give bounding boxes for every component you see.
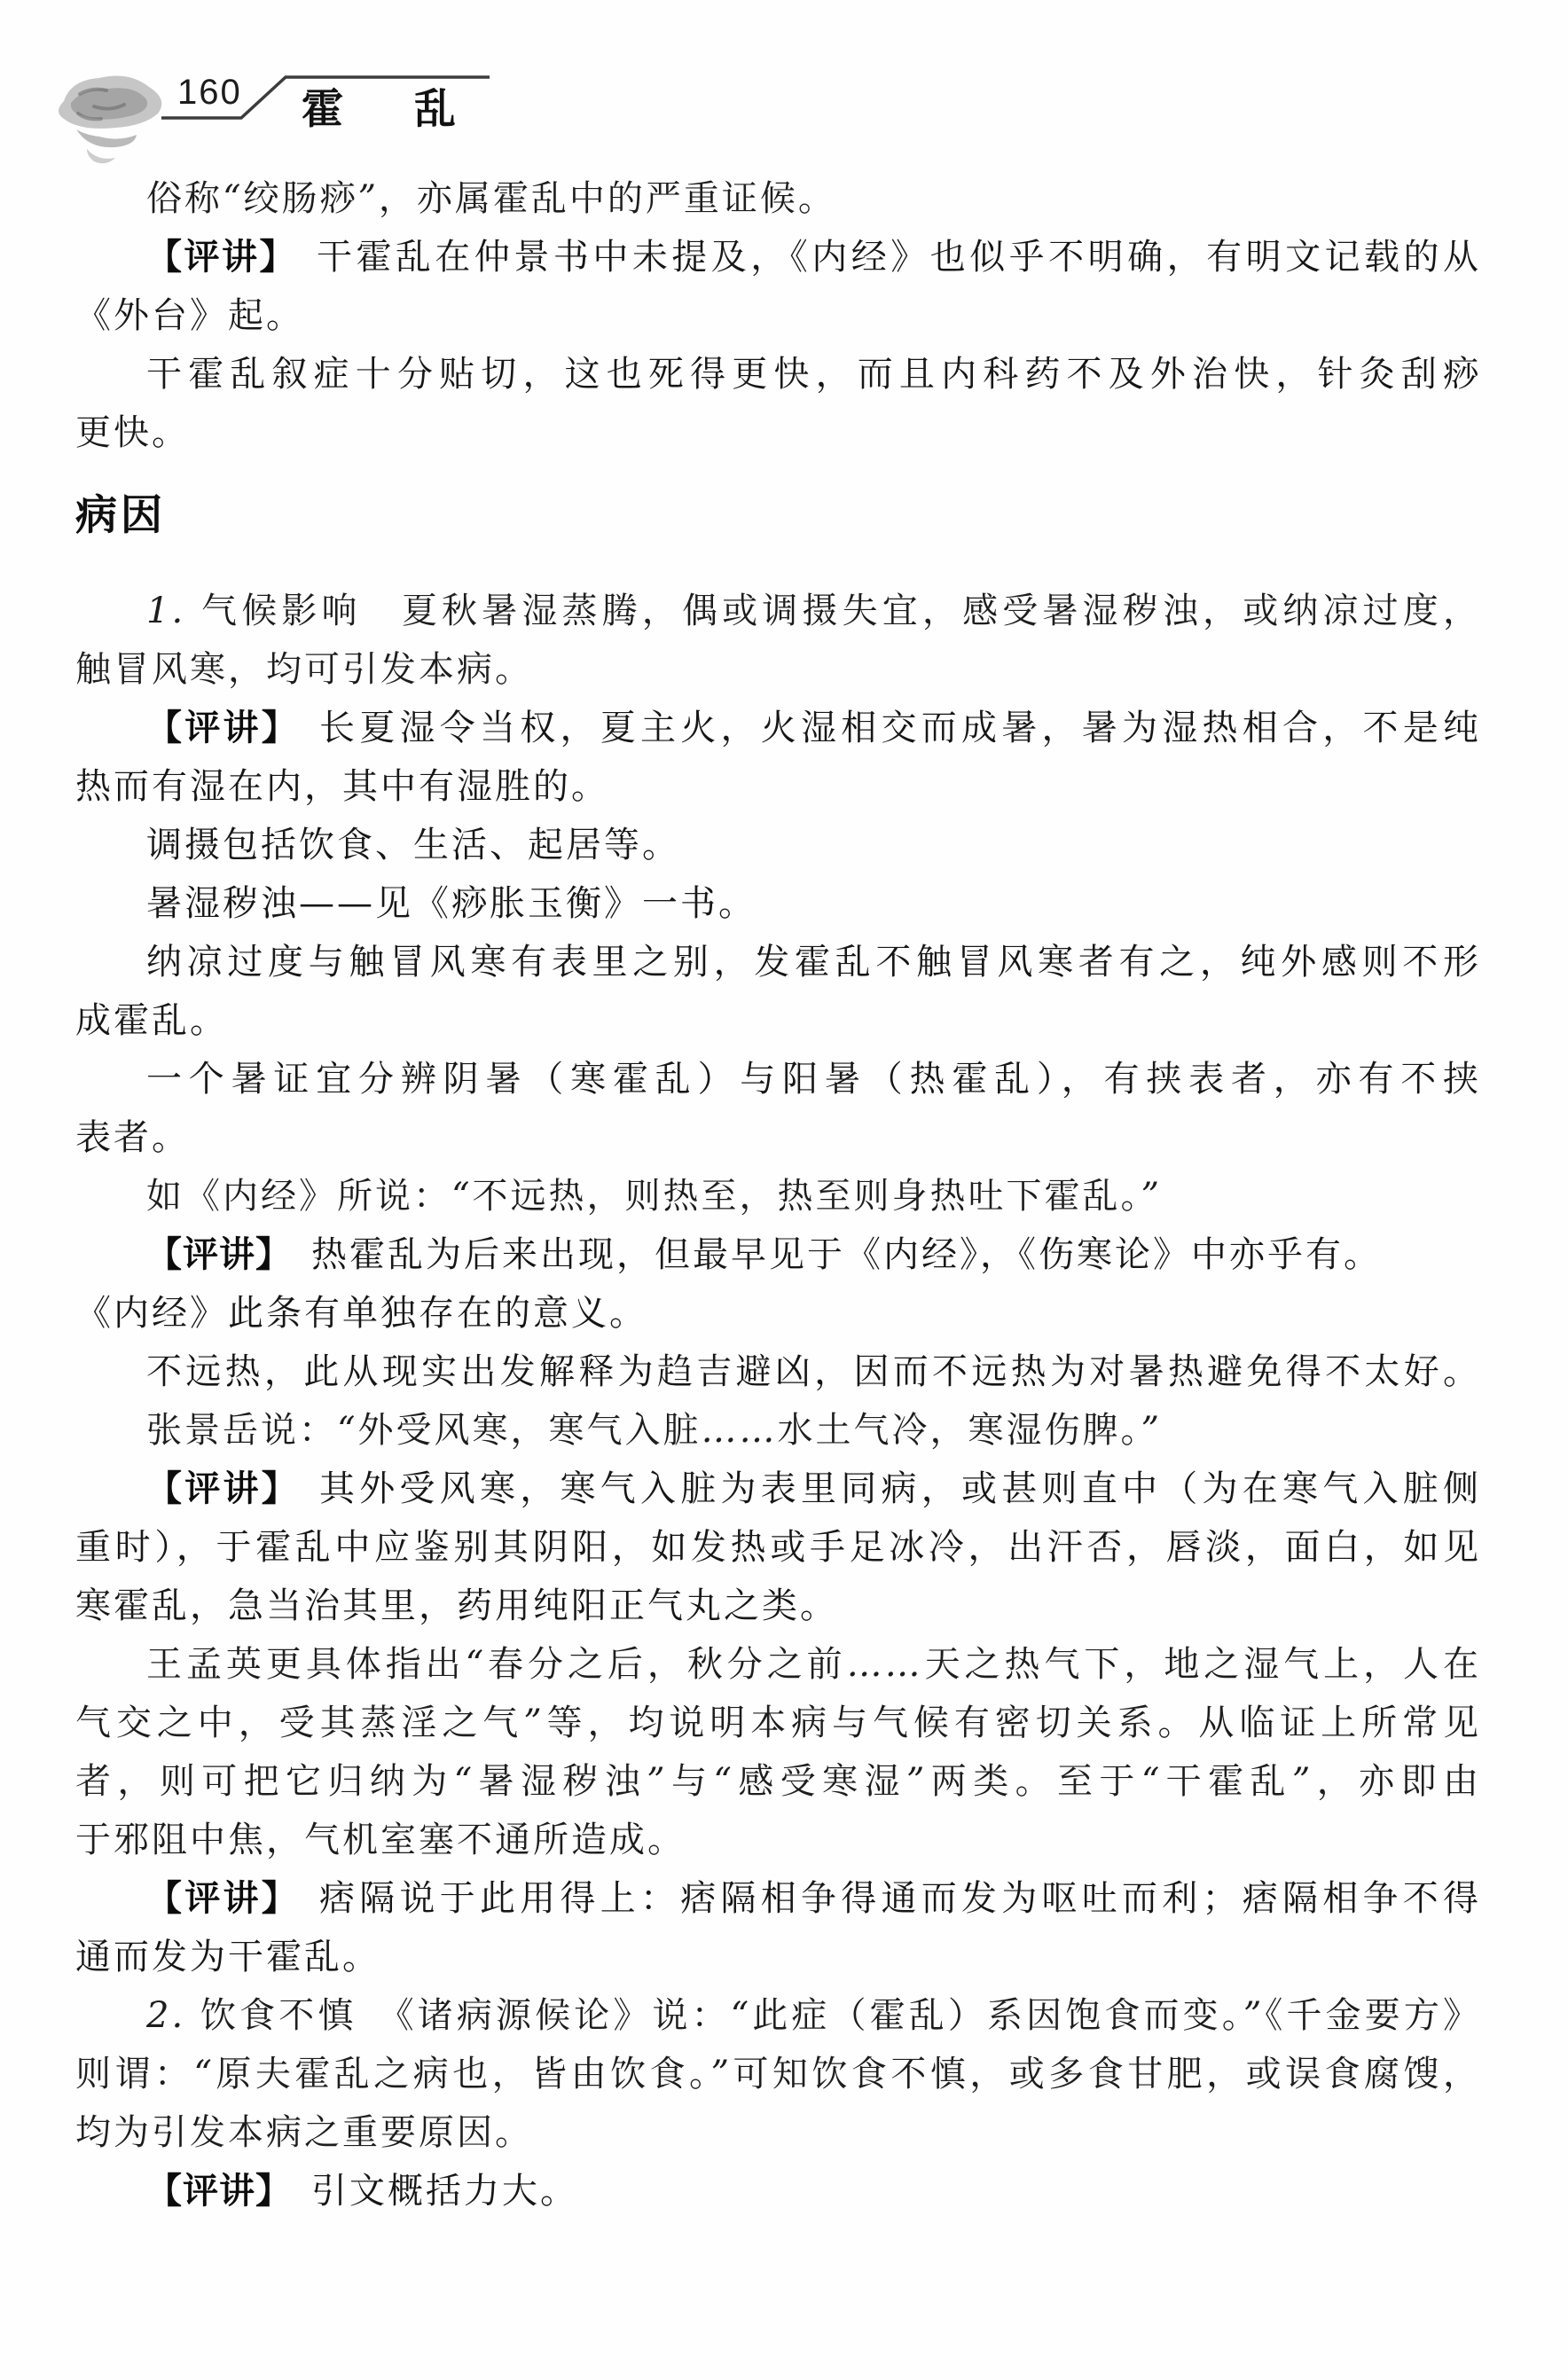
commentary-tag: 【评讲】: [146, 1878, 300, 1919]
text-line: 通而发为干霍乱。: [75, 1928, 1481, 1986]
text-line: 干霍乱叙症十分贴切，这也死得更快，而且内科药不及外治快，针灸刮痧: [75, 345, 1481, 403]
text-line: 《外台》起。: [75, 286, 1481, 345]
text-line: 气交之中，受其蒸淫之气”等，均说明本病与气候有密切关系。从临证上所常见: [75, 1694, 1481, 1752]
text-line: 【评讲】热霍乱为后来出现，但最早见于《内经》，《伤寒论》中亦乎有。: [75, 1225, 1481, 1284]
commentary-tag: 【评讲】: [146, 1468, 300, 1509]
text-line: 张景岳说：“外受风寒，寒气入脏……水土气冷，寒湿伤脾。”: [75, 1401, 1481, 1460]
commentary-tag: 【评讲】: [146, 2171, 292, 2212]
text-line: 王孟英更具体指出“春分之后，秋分之前……天之热气下，地之湿气上，人在: [75, 1635, 1481, 1694]
text-line: 表者。: [75, 1108, 1481, 1167]
text-line: 成霍乱。: [75, 991, 1481, 1050]
text-line: 均为引发本病之重要原因。: [75, 2103, 1481, 2162]
text-line: 寒霍乱，急当治其里，药用纯阳正气丸之类。: [75, 1577, 1481, 1635]
text-line: 1. 气候影响 夏秋暑湿蒸腾，偶或调摄失宜，感受暑湿秽浊，或纳凉过度，: [75, 582, 1481, 640]
text-line: 更快。: [75, 403, 1481, 462]
commentary-tag: 【评讲】: [146, 1234, 292, 1275]
text-line: 则谓：“原夫霍乱之病也，皆由饮食。”可知饮食不慎，或多食甘肥，或误食腐馊，: [75, 2045, 1481, 2103]
commentary-tag: 【评讲】: [146, 237, 297, 278]
text-line: 俗称“绞肠痧”，亦属霍乱中的严重证候。: [75, 169, 1481, 228]
text-line: 2. 饮食不慎 《诸病源候论》说：“此症（霍乱）系因饱食而变。”《千金要方》: [75, 1986, 1481, 2045]
text-line: 暑湿秽浊——见《痧胀玉衡》一书。: [75, 874, 1481, 933]
text-line: 热而有湿在内，其中有湿胜的。: [75, 757, 1481, 816]
page-title: 霍 乱: [302, 89, 456, 130]
text-line: 【评讲】干霍乱在仲景书中未提及，《内经》也似乎不明确，有明文记载的从: [75, 228, 1481, 286]
page-body: 俗称“绞肠痧”，亦属霍乱中的严重证候。【评讲】干霍乱在仲景书中未提及，《内经》也…: [75, 169, 1481, 2220]
text-line: 【评讲】长夏湿令当权，夏主火，火湿相交而成暑，暑为湿热相合，不是纯: [75, 699, 1481, 757]
text-line: 于邪阻中焦，气机室塞不通所造成。: [75, 1811, 1481, 1869]
text-line: 【评讲】痞隔说于此用得上：痞隔相争得通而发为呕吐而利；痞隔相争不得: [75, 1869, 1481, 1928]
text-line: 者，则可把它归纳为“暑湿秽浊”与“感受寒湿”两类。至于“干霍乱”，亦即由: [75, 1752, 1481, 1811]
text-line: 触冒风寒，均可引发本病。: [75, 640, 1481, 699]
text-line: 不远热，此从现实出发解释为趋吉避凶，因而不远热为对暑热避免得不太好。: [75, 1343, 1481, 1401]
text-line: 调摄包括饮食、生活、起居等。: [75, 816, 1481, 874]
section-heading: 病因: [75, 476, 1481, 556]
text-line: 一个暑证宜分辨阴暑（寒霍乱）与阳暑（热霍乱），有挟表者，亦有不挟: [75, 1050, 1481, 1108]
text-line: 如《内经》所说：“不远热，则热至，热至则身热吐下霍乱。”: [75, 1167, 1481, 1225]
text-line: 纳凉过度与触冒风寒有表里之别，发霍乱不触冒风寒者有之，纯外感则不形: [75, 933, 1481, 991]
text-line: 《内经》此条有单独存在的意义。: [75, 1284, 1481, 1343]
text-line: 【评讲】其外受风寒，寒气入脏为表里同病，或甚则直中（为在寒气入脏侧: [75, 1460, 1481, 1518]
page-title-char: 乱: [414, 89, 456, 130]
page-title-char: 霍: [302, 89, 343, 130]
seal-smudge-icon: [44, 67, 177, 174]
text-line: 【评讲】引文概括力大。: [75, 2162, 1481, 2220]
text-line: 重时），于霍乱中应鉴别其阴阳，如发热或手足冰冷，出汗否，唇淡，面白，如见: [75, 1518, 1481, 1577]
book-page: 160 霍 乱 俗称“绞肠痧”，亦属霍乱中的严重证候。【评讲】干霍乱在仲景书中未…: [0, 0, 1568, 2380]
commentary-tag: 【评讲】: [146, 708, 300, 748]
